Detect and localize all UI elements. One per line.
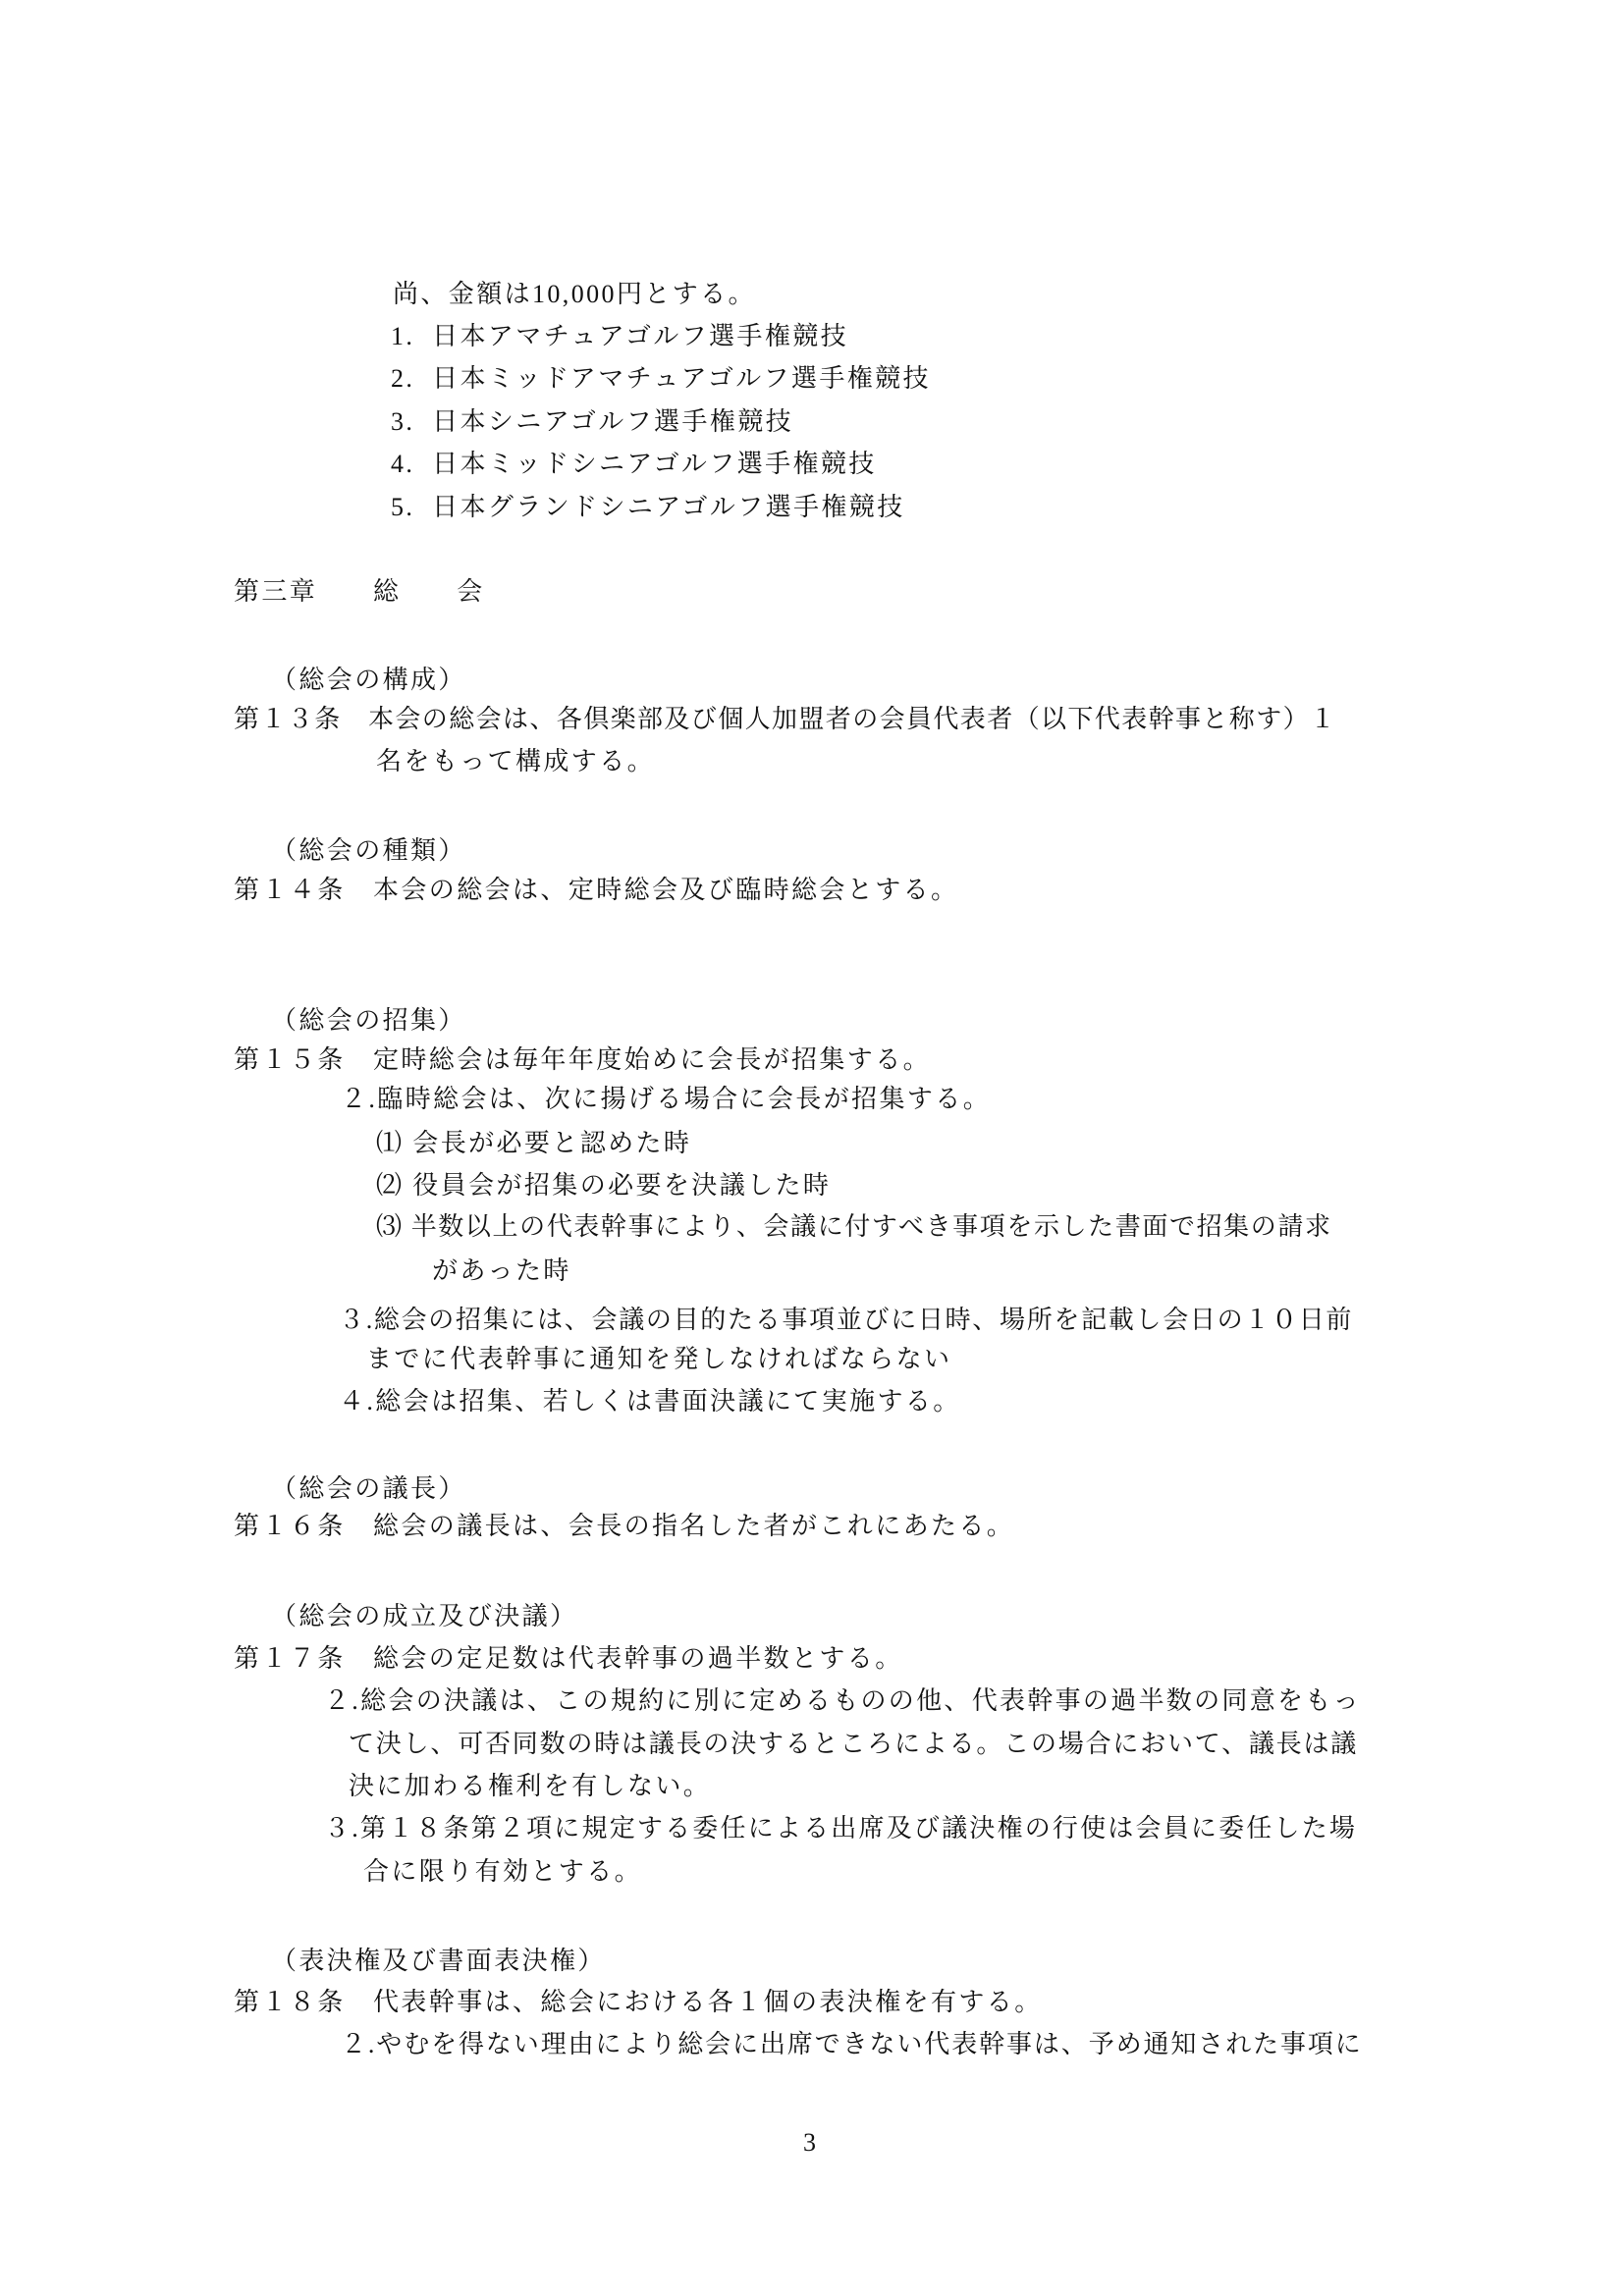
- article-17-para-3-cont: 合に限り有効とする。: [363, 1854, 642, 1890]
- fee-note: 尚、金額は10,000円とする。: [393, 277, 756, 312]
- competition-item-1: 1. 日本アマチュアゴルフ選手権競技: [391, 319, 848, 354]
- article-14-line-1: 第１４条 本会の総会は、定時総会及び臨時総会とする。: [234, 873, 958, 908]
- article-17-para-2-cont-2: 決に加わる権利を有しない。: [349, 1769, 711, 1804]
- article-16-line-1: 第１６条 総会の議長は、会長の指名した者がこれにあたる。: [234, 1509, 1014, 1544]
- document-page: 尚、金額は10,000円とする。 1. 日本アマチュアゴルフ選手権競技 2. 日…: [0, 0, 1624, 2296]
- article-heading-convocation: （総会の招集）: [271, 1003, 466, 1039]
- article-17-para-2-cont-1: て決し、可否同数の時は議長の決するところによる。この場合において、議長は議: [349, 1727, 1358, 1762]
- article-heading-types: （総会の種類）: [271, 833, 466, 869]
- article-heading-quorum: （総会の成立及び決議）: [271, 1599, 577, 1634]
- article-15-para-4: ４.総会は招集、若しくは書面決議にて実施する。: [339, 1384, 961, 1419]
- article-15-item-3-cont: があった時: [432, 1254, 571, 1289]
- article-18-para-2: ２.やむを得ない理由により総会に出席できない代表幹事は、予め通知された事項に: [341, 2027, 1363, 2062]
- competition-item-2: 2. 日本ミッドアマチュアゴルフ選手権競技: [391, 361, 931, 397]
- article-15-item-1: ⑴ 会長が必要と認めた時: [376, 1126, 691, 1161]
- chapter-title: 第三章 総 会: [234, 574, 485, 610]
- competition-item-5: 5. 日本グランドシニアゴルフ選手権競技: [391, 490, 905, 525]
- article-15-para-3: ３.総会の招集には、会議の目的たる事項並びに日時、場所を記載し会日の１０日前: [339, 1303, 1353, 1338]
- article-17-line-1: 第１７条 総会の定足数は代表幹事の過半数とする。: [234, 1641, 903, 1677]
- article-heading-chair: （総会の議長）: [271, 1471, 466, 1507]
- article-15-para-3-cont: までに代表幹事に通知を発しなければならない: [366, 1342, 951, 1377]
- competition-item-3: 3. 日本シニアゴルフ選手権競技: [391, 404, 793, 440]
- article-heading-voting-rights: （表決権及び書面表決権）: [271, 1944, 606, 1979]
- article-15-item-2: ⑵ 役員会が招集の必要を決議した時: [376, 1168, 831, 1203]
- article-17-para-3: ３.第１８条第２項に規定する委任による出席及び議決権の行使は会員に委任した場: [324, 1811, 1357, 1846]
- article-13-line-2: 名をもって構成する。: [376, 744, 655, 779]
- page-number: 3: [803, 2125, 816, 2161]
- article-18-line-1: 第１８条 代表幹事は、総会における各１個の表決権を有する。: [234, 1985, 1043, 2020]
- article-15-para-2: ２.臨時総会は、次に揚げる場合に会長が招集する。: [341, 1082, 991, 1117]
- article-17-para-2: ２.総会の決議は、この規約に別に定めるものの他、代表幹事の過半数の同意をもっ: [324, 1683, 1361, 1719]
- competition-item-4: 4. 日本ミッドシニアゴルフ選手権競技: [391, 447, 877, 482]
- article-heading-composition: （総会の構成）: [271, 663, 466, 698]
- article-13-line-1: 第１３条 本会の総会は、各倶楽部及び個人加盟者の会員代表者（以下代表幹事と称す）…: [234, 702, 1336, 737]
- article-15-item-3: ⑶ 半数以上の代表幹事により、会議に付すべき事項を示した書面で招集の請求: [376, 1209, 1332, 1245]
- article-15-line-1: 第１５条 定時総会は毎年年度始めに会長が招集する。: [234, 1042, 931, 1078]
